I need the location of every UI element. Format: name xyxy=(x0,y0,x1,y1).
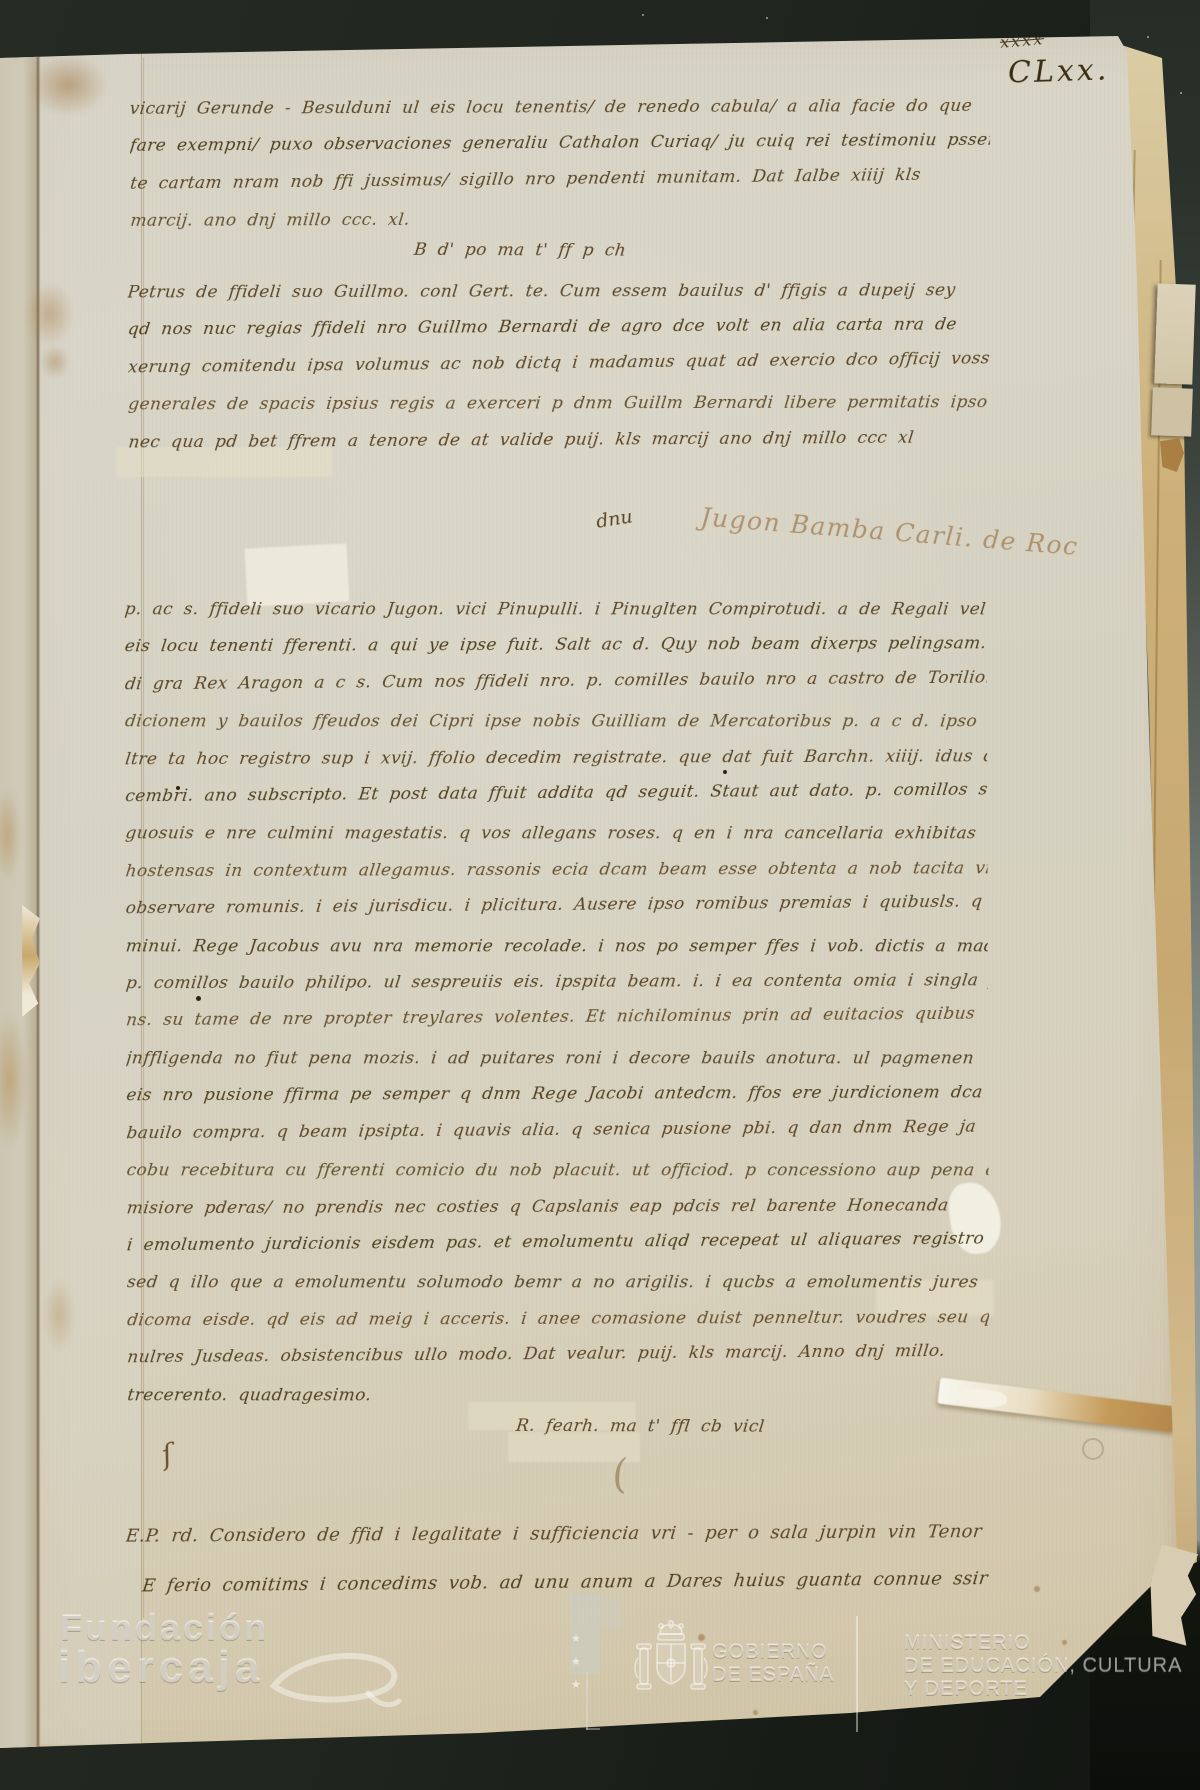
manuscript-line: R. fearh. ma t' ffl cb vicl xyxy=(514,1408,767,1445)
rubric-heading: B d' po ma t' ff p ch xyxy=(370,232,670,269)
foxing-spot xyxy=(753,1710,758,1715)
text-block-letter: Petrus de ffideli suo Guillmo. conl Gert… xyxy=(127,269,990,464)
ministerio-watermark-line2: DE EDUCACIÓN, CULTURA xyxy=(904,1655,1182,1678)
faded-signature: Jugon Bamba Carli. de Roc xyxy=(700,502,1151,566)
stars-logo-fragment-icon xyxy=(586,1728,600,1730)
stain xyxy=(28,54,108,116)
stain xyxy=(26,282,74,346)
registration-note: R. fearh. ma t' ffl cb vicl xyxy=(455,1408,825,1445)
text-block-main-charter: p. ac s. ffideli suo vicario Jugon. vici… xyxy=(125,588,990,1419)
dust-speck xyxy=(1147,36,1149,38)
manuscript-page: xxxx CLxx. vicarij Gerunde - Besulduni u… xyxy=(0,0,1200,1790)
text-block-closing-formula: vicarij Gerunde - Besulduni ul eis locu … xyxy=(129,85,990,243)
watermark-divider xyxy=(856,1616,858,1732)
manuscript-line: cembri. ano subscripto. Et post data ffu… xyxy=(125,772,990,816)
manuscript-line: E.P. rd. Considero de ffid i legalitate … xyxy=(126,1507,993,1562)
folio-number: CLxx. xyxy=(1007,52,1109,91)
manuscript-line: observare romunis. i eis jurisdicu. i pl… xyxy=(125,884,990,928)
manuscript-line: ns. su tame de nre propter treylares vol… xyxy=(125,996,990,1040)
star-icon: ★ xyxy=(571,1655,581,1668)
pen-flourish: ſ xyxy=(159,1437,176,1471)
manuscript-line: jnffligenda no fiut pena mozis. i ad pui… xyxy=(125,1040,990,1077)
manuscript-line: B d' po ma t' ff p ch xyxy=(412,232,628,269)
spain-coat-of-arms-icon xyxy=(634,1618,708,1724)
manuscript-line: nulres Jusdeas. obsistencibus ullo modo.… xyxy=(125,1333,989,1377)
fundacion-watermark-line2: ibercaja xyxy=(58,1643,264,1693)
stain xyxy=(40,345,70,379)
gobierno-watermark-line2: DE ESPAÑA xyxy=(712,1664,834,1687)
manuscript-line: Petrus de ffideli suo Guillmo. conl Gert… xyxy=(127,272,990,312)
folio-struck-mark: xxxx xyxy=(999,29,1045,52)
manuscript-line: guosuis e nre culmini magestatis. q vos … xyxy=(125,816,990,853)
ring-mark xyxy=(1082,1438,1104,1460)
manuscript-line: di gra Rex Aragon a c s. Cum nos ffideli… xyxy=(125,660,990,704)
dust-speck xyxy=(642,14,644,16)
ibercaja-logo-icon xyxy=(268,1642,408,1724)
foxing-spot xyxy=(1062,1640,1067,1645)
manuscript-line: bauilo compra. q beam ipsipta. i quavis … xyxy=(125,1108,990,1152)
page-tab xyxy=(1151,387,1193,436)
manuscript-photo: xxxx CLxx. vicarij Gerunde - Besulduni u… xyxy=(0,0,1200,1790)
manuscript-line: cobu recebitura cu fferenti comicio du n… xyxy=(125,1153,990,1190)
manuscript-line: nec qua pd bet ffrem a tenore de at vali… xyxy=(127,419,990,462)
stars-logo-fragment-icon xyxy=(586,1672,588,1730)
star-icon: ★ xyxy=(571,1632,581,1645)
text-block-commission-note: E.P. rd. Considero de ffid i legalitate … xyxy=(126,1504,993,1620)
manuscript-line: p. ac s. ffideli suo vicario Jugon. vici… xyxy=(125,591,989,628)
dust-speck xyxy=(766,17,768,19)
manuscript-line: i emolumento jurdicionis eisdem pas. et … xyxy=(125,1221,990,1265)
stars-logo-fragment-icon xyxy=(600,1598,622,1628)
star-icon: ★ xyxy=(571,1678,581,1691)
manuscript-line: minui. Rege Jacobus avu nra memorie reco… xyxy=(125,928,990,965)
manuscript-line: sed q illo que a emolumentu solumodo bem… xyxy=(125,1265,990,1302)
stain xyxy=(44,1280,74,1350)
ministerio-watermark-line1: MINISTERIO xyxy=(904,1632,1031,1655)
manuscript-line: xerung comitendu ipsa volumus ac nob dic… xyxy=(127,340,990,386)
gobierno-watermark-line1: GOBIERNO xyxy=(712,1641,828,1664)
manuscript-line: generales de spacis ipsius regis a exerc… xyxy=(127,385,990,425)
manuscript-line: dicionem y bauilos ffeudos dei Cipri ips… xyxy=(125,704,989,741)
dust-speck xyxy=(1180,92,1182,94)
foxing-spot xyxy=(1034,1586,1040,1592)
manuscript-line: E ferio comitims i concedims vob. ad unu… xyxy=(139,1554,992,1611)
ministerio-watermark-line3: Y DEPORTE xyxy=(904,1678,1028,1701)
page-tab xyxy=(1154,283,1195,384)
dum-annotation: dnu xyxy=(595,505,635,532)
